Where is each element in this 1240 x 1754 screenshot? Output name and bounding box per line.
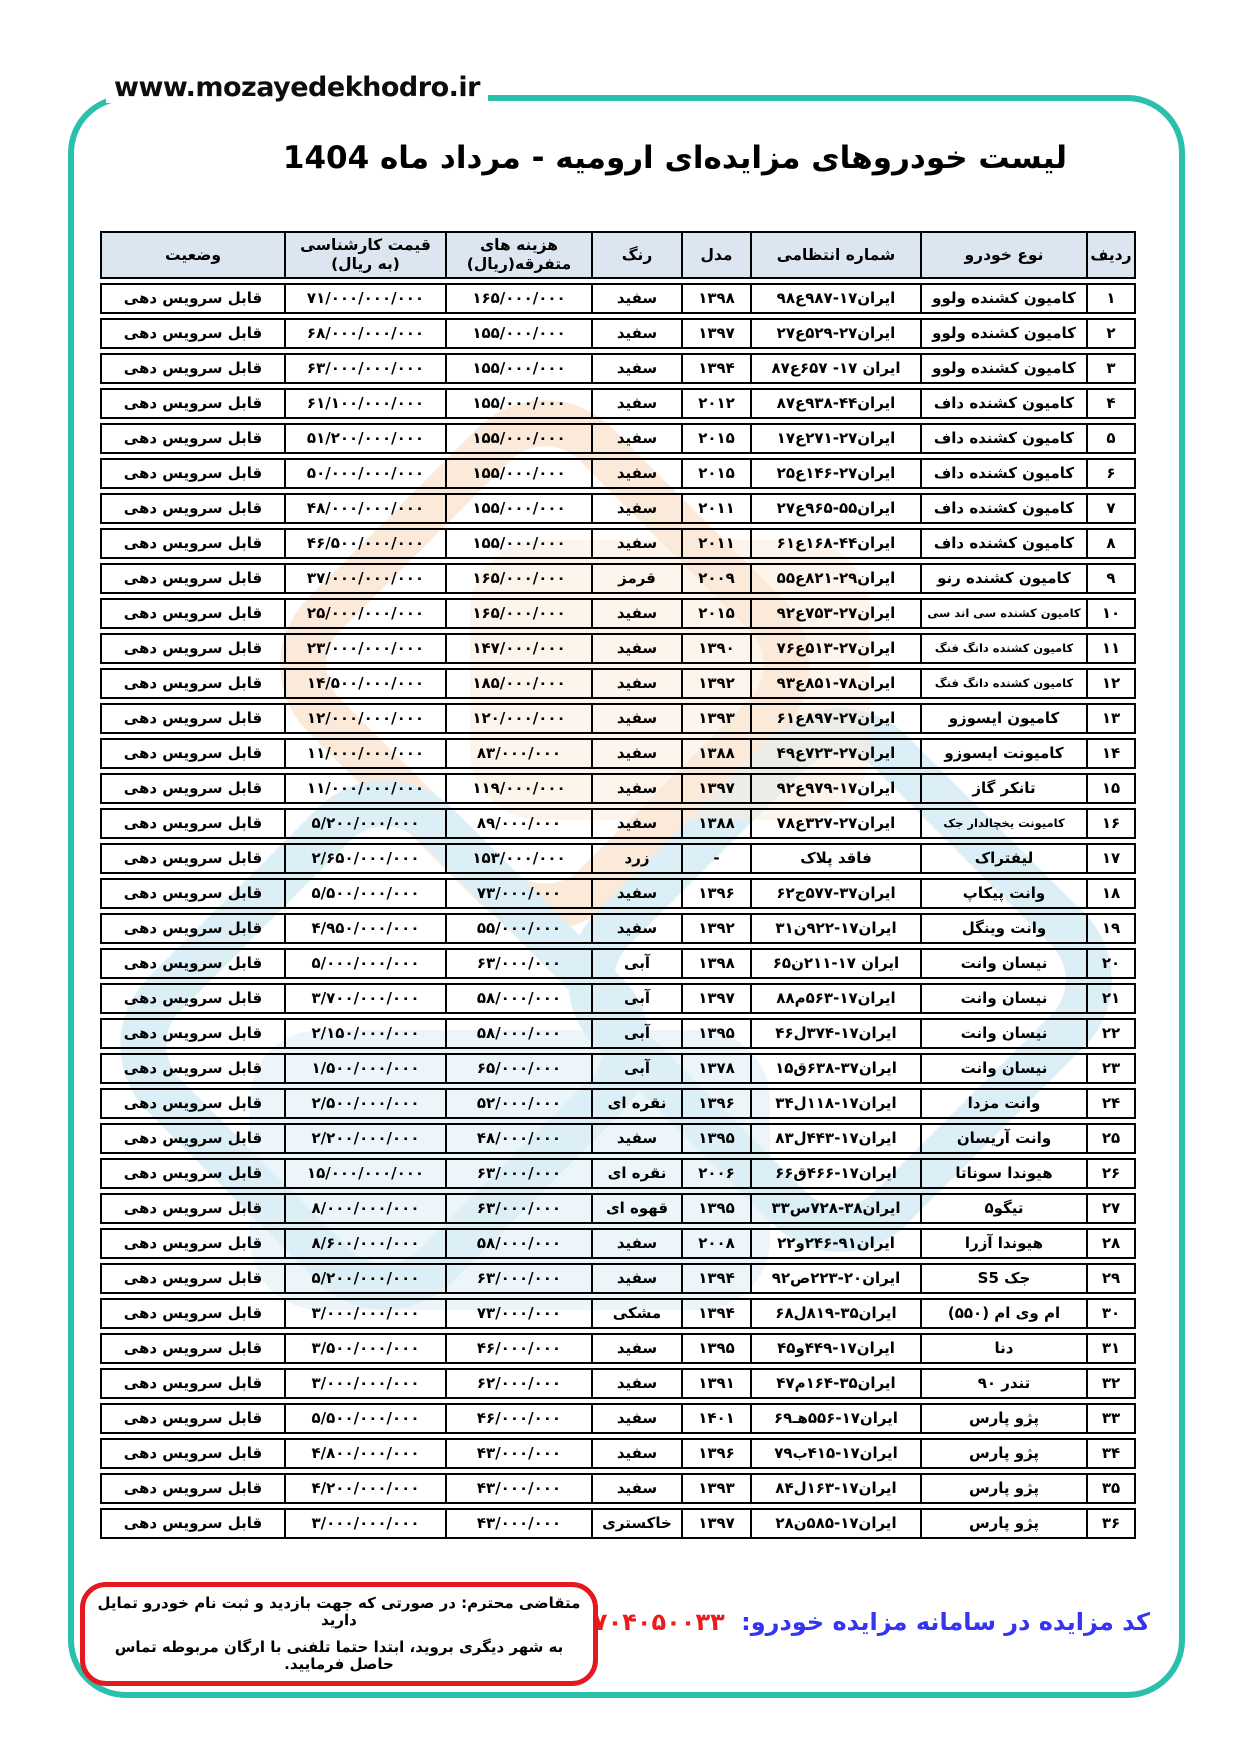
cell-model: ۲۰۱۵ — [681, 598, 750, 629]
cell-color: سفید — [591, 878, 681, 909]
table-row: ۲۴ وانت مزدا ایران۱۷-۱۱۸ل۳۴ ۱۳۹۶ نقره ای… — [100, 1088, 1136, 1119]
cell-model: ۱۳۹۶ — [681, 878, 750, 909]
cell-vehicle-type: ام وی ام (۵۵۰) — [920, 1298, 1086, 1329]
table-row: ۲۵ وانت آریسان ایران۱۷-۴۴۳ل۸۳ ۱۳۹۵ سفید … — [100, 1123, 1136, 1154]
cell-status: قابل سرویس دهی — [100, 878, 284, 909]
header-misc-cost: هزینه های متفرقه(ریال) — [445, 231, 591, 279]
cell-vehicle-type: کامیون کشنده سی اند سی — [920, 598, 1086, 629]
cell-status: قابل سرویس دهی — [100, 458, 284, 489]
cell-price: ۱۱/۰۰۰/۰۰۰/۰۰۰ — [284, 738, 445, 769]
cell-model: ۱۳۹۴ — [681, 353, 750, 384]
cell-plate: ایران۲۹-۸۲۱ع۵۵ — [750, 563, 920, 594]
cell-color: سفید — [591, 283, 681, 314]
cell-row-number: ۱۷ — [1086, 843, 1136, 874]
cell-model: ۱۳۹۵ — [681, 1018, 750, 1049]
cell-row-number: ۴ — [1086, 388, 1136, 419]
cell-vehicle-type: کامیون کشنده ولوو — [920, 318, 1086, 349]
cell-color: آبی — [591, 1053, 681, 1084]
table-row: ۴ کامیون کشنده داف ایران۴۴-۹۳۸ع۸۷ ۲۰۱۲ س… — [100, 388, 1136, 419]
cell-misc-cost: ۶۳/۰۰۰/۰۰۰ — [445, 1158, 591, 1189]
cell-misc-cost: ۱۸۵/۰۰۰/۰۰۰ — [445, 668, 591, 699]
cell-vehicle-type: پژو پارس — [920, 1473, 1086, 1504]
cell-vehicle-type: هیوندا سوناتا — [920, 1158, 1086, 1189]
cell-status: قابل سرویس دهی — [100, 563, 284, 594]
table-row: ۹ کامیون کشنده رنو ایران۲۹-۸۲۱ع۵۵ ۲۰۰۹ ق… — [100, 563, 1136, 594]
cell-row-number: ۱۵ — [1086, 773, 1136, 804]
cell-plate: ایران۱۷-۴۴۹و۴۵ — [750, 1333, 920, 1364]
cell-misc-cost: ۵۸/۰۰۰/۰۰۰ — [445, 983, 591, 1014]
cell-model: ۲۰۱۵ — [681, 423, 750, 454]
cell-model: ۲۰۱۱ — [681, 493, 750, 524]
cell-price: ۲/۱۵۰/۰۰۰/۰۰۰ — [284, 1018, 445, 1049]
cell-plate: ایران۲۷-۷۲۳ع۴۹ — [750, 738, 920, 769]
cell-price: ۶۱/۱۰۰/۰۰۰/۰۰۰ — [284, 388, 445, 419]
cell-row-number: ۱۸ — [1086, 878, 1136, 909]
cell-misc-cost: ۸۳/۰۰۰/۰۰۰ — [445, 738, 591, 769]
cell-row-number: ۲۲ — [1086, 1018, 1136, 1049]
cell-status: قابل سرویس دهی — [100, 703, 284, 734]
cell-plate: ایران۲۷-۱۴۶ع۲۵ — [750, 458, 920, 489]
cell-row-number: ۱۱ — [1086, 633, 1136, 664]
cell-model: ۱۳۹۵ — [681, 1123, 750, 1154]
header-row-number: ردیف — [1086, 231, 1136, 279]
cell-misc-cost: ۱۵۵/۰۰۰/۰۰۰ — [445, 318, 591, 349]
table-row: ۲۳ نیسان وانت ایران۳۷-۶۳۸ق۱۵ ۱۳۷۸ آبی ۶۵… — [100, 1053, 1136, 1084]
cell-model: ۲۰۰۸ — [681, 1228, 750, 1259]
header-plate: شماره انتظامی — [750, 231, 920, 279]
table-row: ۱۳ کامیون ایسوزو ایران۲۷-۸۹۷ع۶۱ ۱۳۹۳ سفی… — [100, 703, 1136, 734]
notice-line2: به شهر دیگری بروید، ابتدا حتما تلفنی با … — [97, 1639, 581, 1674]
cell-color: مشکی — [591, 1298, 681, 1329]
cell-model: ۱۳۹۳ — [681, 703, 750, 734]
cell-vehicle-type: نیسان وانت — [920, 1053, 1086, 1084]
cell-color: زرد — [591, 843, 681, 874]
header-row: ردیف نوع خودرو شماره انتظامی مدل رنگ هزی… — [100, 231, 1136, 279]
cell-color: سفید — [591, 738, 681, 769]
cell-row-number: ۲۸ — [1086, 1228, 1136, 1259]
cell-price: ۳/۰۰۰/۰۰۰/۰۰۰ — [284, 1298, 445, 1329]
cell-status: قابل سرویس دهی — [100, 948, 284, 979]
cell-row-number: ۲۰ — [1086, 948, 1136, 979]
cell-color: سفید — [591, 423, 681, 454]
cell-vehicle-type: کامیونت ایسوزو — [920, 738, 1086, 769]
cell-price: ۵۰/۰۰۰/۰۰۰/۰۰۰ — [284, 458, 445, 489]
cell-price: ۵۱/۲۰۰/۰۰۰/۰۰۰ — [284, 423, 445, 454]
table-row: ۲۹ جک S5 ایران۲۰-۲۲۳ص۹۲ ۱۳۹۴ سفید ۶۳/۰۰۰… — [100, 1263, 1136, 1294]
cell-vehicle-type: نیسان وانت — [920, 948, 1086, 979]
cell-status: قابل سرویس دهی — [100, 528, 284, 559]
cell-plate: ایران ۱۷- ۶۵۷ع۸۷ — [750, 353, 920, 384]
cell-misc-cost: ۱۵۵/۰۰۰/۰۰۰ — [445, 528, 591, 559]
cell-status: قابل سرویس دهی — [100, 1298, 284, 1329]
cell-price: ۱۲/۰۰۰/۰۰۰/۰۰۰ — [284, 703, 445, 734]
cell-vehicle-type: وانت پیکاپ — [920, 878, 1086, 909]
cell-status: قابل سرویس دهی — [100, 843, 284, 874]
table-row: ۳۱ دنا ایران۱۷-۴۴۹و۴۵ ۱۳۹۵ سفید ۴۶/۰۰۰/۰… — [100, 1333, 1136, 1364]
cell-plate: ایران۲۷-۲۷۱ع۱۷ — [750, 423, 920, 454]
cell-vehicle-type: تانکر گاز — [920, 773, 1086, 804]
table-row: ۳ کامیون کشنده ولوو ایران ۱۷- ۶۵۷ع۸۷ ۱۳۹… — [100, 353, 1136, 384]
table-row: ۳۵ پژو پارس ایران۱۷-۱۶۳ل۸۴ ۱۳۹۳ سفید ۴۳/… — [100, 1473, 1136, 1504]
cell-vehicle-type: لیفتراک — [920, 843, 1086, 874]
auction-list-page: www.mozayedekhodro.ir لیست خودروهای مزای… — [0, 0, 1240, 1754]
cell-status: قابل سرویس دهی — [100, 1403, 284, 1434]
cell-plate: ایران۱۷-۱۶۳ل۸۴ — [750, 1473, 920, 1504]
table-row: ۱۸ وانت پیکاپ ایران۳۷-۵۷۷ج۶۲ ۱۳۹۶ سفید ۷… — [100, 878, 1136, 909]
cell-misc-cost: ۵۸/۰۰۰/۰۰۰ — [445, 1018, 591, 1049]
cell-model: ۱۳۹۶ — [681, 1088, 750, 1119]
auction-code-line: کد مزایده در سامانه مزایده خودرو: ۱۷۰۴۰۵… — [578, 1608, 1150, 1636]
table-row: ۶ کامیون کشنده داف ایران۲۷-۱۴۶ع۲۵ ۲۰۱۵ س… — [100, 458, 1136, 489]
header-price-line2: (به ریال) — [288, 255, 443, 274]
cell-color: سفید — [591, 808, 681, 839]
cell-price: ۱۵/۰۰۰/۰۰۰/۰۰۰ — [284, 1158, 445, 1189]
table-row: ۱ کامیون کشنده ولوو ایران۱۷-۹۸۷ع۹۸ ۱۳۹۸ … — [100, 283, 1136, 314]
cell-color: سفید — [591, 773, 681, 804]
table-row: ۱۴ کامیونت ایسوزو ایران۲۷-۷۲۳ع۴۹ ۱۳۸۸ سف… — [100, 738, 1136, 769]
cell-plate: ایران۳۸-۷۲۸س۳۳ — [750, 1193, 920, 1224]
cell-misc-cost: ۱۵۵/۰۰۰/۰۰۰ — [445, 388, 591, 419]
cell-status: قابل سرویس دهی — [100, 738, 284, 769]
cell-vehicle-type: پژو پارس — [920, 1403, 1086, 1434]
cell-vehicle-type: پژو پارس — [920, 1438, 1086, 1469]
cell-status: قابل سرویس دهی — [100, 808, 284, 839]
cell-plate: ایران۱۷-۹۲۲ن۳۱ — [750, 913, 920, 944]
table-row: ۲۱ نیسان وانت ایران۱۷-۵۶۳م۸۸ ۱۳۹۷ آبی ۵۸… — [100, 983, 1136, 1014]
cell-row-number: ۲۱ — [1086, 983, 1136, 1014]
cell-vehicle-type: وانت وینگل — [920, 913, 1086, 944]
cell-plate: ایران ۱۷-۲۱۱ن۶۵ — [750, 948, 920, 979]
cell-misc-cost: ۴۶/۰۰۰/۰۰۰ — [445, 1403, 591, 1434]
cell-status: قابل سرویس دهی — [100, 773, 284, 804]
table-row: ۲۸ هیوندا آزرا ایران۹۱-۲۴۶و۲۲ ۲۰۰۸ سفید … — [100, 1228, 1136, 1259]
cell-color: قرمز — [591, 563, 681, 594]
cell-color: آبی — [591, 1018, 681, 1049]
cell-plate: فاقد پلاک — [750, 843, 920, 874]
cell-model: ۲۰۰۹ — [681, 563, 750, 594]
cell-status: قابل سرویس دهی — [100, 983, 284, 1014]
cell-misc-cost: ۱۱۹/۰۰۰/۰۰۰ — [445, 773, 591, 804]
cell-price: ۲۳/۰۰۰/۰۰۰/۰۰۰ — [284, 633, 445, 664]
cell-plate: ایران۲۰-۲۲۳ص۹۲ — [750, 1263, 920, 1294]
cell-model: ۱۳۹۴ — [681, 1298, 750, 1329]
cell-status: قابل سرویس دهی — [100, 283, 284, 314]
cell-vehicle-type: کامیون ایسوزو — [920, 703, 1086, 734]
cell-vehicle-type: هیوندا آزرا — [920, 1228, 1086, 1259]
cell-color: خاکستری — [591, 1508, 681, 1539]
table-row: ۲ کامیون کشنده ولوو ایران۲۷-۵۲۹ع۲۷ ۱۳۹۷ … — [100, 318, 1136, 349]
cell-plate: ایران۷۸-۸۵۱ع۹۳ — [750, 668, 920, 699]
vehicle-table: ردیف نوع خودرو شماره انتظامی مدل رنگ هزی… — [100, 227, 1136, 1543]
header-model: مدل — [681, 231, 750, 279]
cell-color: سفید — [591, 598, 681, 629]
cell-vehicle-type: کامیون کشنده ولوو — [920, 283, 1086, 314]
table-row: ۲۲ نیسان وانت ایران۱۷-۳۷۴ل۴۶ ۱۳۹۵ آبی ۵۸… — [100, 1018, 1136, 1049]
cell-vehicle-type: کامیون کشنده داف — [920, 493, 1086, 524]
cell-status: قابل سرویس دهی — [100, 1228, 284, 1259]
cell-color: سفید — [591, 388, 681, 419]
cell-misc-cost: ۱۲۰/۰۰۰/۰۰۰ — [445, 703, 591, 734]
cell-misc-cost: ۶۳/۰۰۰/۰۰۰ — [445, 1193, 591, 1224]
cell-misc-cost: ۵۲/۰۰۰/۰۰۰ — [445, 1088, 591, 1119]
cell-row-number: ۱۹ — [1086, 913, 1136, 944]
cell-color: سفید — [591, 1368, 681, 1399]
cell-price: ۶۳/۰۰۰/۰۰۰/۰۰۰ — [284, 353, 445, 384]
cell-model: ۱۳۹۳ — [681, 1473, 750, 1504]
cell-color: آبی — [591, 948, 681, 979]
cell-model: ۲۰۱۲ — [681, 388, 750, 419]
cell-status: قابل سرویس دهی — [100, 353, 284, 384]
table-row: ۳۶ پژو پارس ایران۱۷-۵۸۵ن۲۸ ۱۳۹۷ خاکستری … — [100, 1508, 1136, 1539]
cell-color: سفید — [591, 1228, 681, 1259]
cell-status: قابل سرویس دهی — [100, 668, 284, 699]
cell-misc-cost: ۴۳/۰۰۰/۰۰۰ — [445, 1473, 591, 1504]
table-row: ۲۷ تیگو۵ ایران۳۸-۷۲۸س۳۳ ۱۳۹۵ قهوه ای ۶۳/… — [100, 1193, 1136, 1224]
cell-plate: ایران۱۷-۱۱۸ل۳۴ — [750, 1088, 920, 1119]
cell-misc-cost: ۱۵۵/۰۰۰/۰۰۰ — [445, 493, 591, 524]
cell-model: ۱۳۹۷ — [681, 983, 750, 1014]
cell-row-number: ۳۵ — [1086, 1473, 1136, 1504]
cell-vehicle-type: کامیون کشنده دانگ فنگ — [920, 633, 1086, 664]
cell-model: ۱۳۹۸ — [681, 948, 750, 979]
cell-model: ۱۳۹۰ — [681, 633, 750, 664]
cell-misc-cost: ۴۸/۰۰۰/۰۰۰ — [445, 1123, 591, 1154]
cell-row-number: ۲۳ — [1086, 1053, 1136, 1084]
cell-row-number: ۳۴ — [1086, 1438, 1136, 1469]
table-row: ۱۰ کامیون کشنده سی اند سی ایران۲۷-۷۵۳ع۹۲… — [100, 598, 1136, 629]
cell-color: سفید — [591, 458, 681, 489]
cell-plate: ایران۱۷-۵۸۵ن۲۸ — [750, 1508, 920, 1539]
cell-plate: ایران۱۷-۹۷۹ع۹۲ — [750, 773, 920, 804]
cell-plate: ایران۳۷-۶۳۸ق۱۵ — [750, 1053, 920, 1084]
cell-plate: ایران۲۷-۵۱۳ع۷۶ — [750, 633, 920, 664]
cell-status: قابل سرویس دهی — [100, 1053, 284, 1084]
cell-price: ۳/۰۰۰/۰۰۰/۰۰۰ — [284, 1508, 445, 1539]
cell-color: سفید — [591, 353, 681, 384]
cell-model: ۱۳۹۶ — [681, 1438, 750, 1469]
cell-price: ۳/۰۰۰/۰۰۰/۰۰۰ — [284, 1368, 445, 1399]
cell-model: ۱۳۹۲ — [681, 668, 750, 699]
cell-model: ۱۳۸۸ — [681, 738, 750, 769]
cell-model: ۲۰۱۵ — [681, 458, 750, 489]
table-row: ۱۹ وانت وینگل ایران۱۷-۹۲۲ن۳۱ ۱۳۹۲ سفید ۵… — [100, 913, 1136, 944]
cell-vehicle-type: وانت آریسان — [920, 1123, 1086, 1154]
cell-plate: ایران۱۷-۴۴۳ل۸۳ — [750, 1123, 920, 1154]
cell-price: ۴۶/۵۰۰/۰۰۰/۰۰۰ — [284, 528, 445, 559]
cell-price: ۱/۵۰۰/۰۰۰/۰۰۰ — [284, 1053, 445, 1084]
cell-price: ۱۱/۰۰۰/۰۰۰/۰۰۰ — [284, 773, 445, 804]
cell-color: سفید — [591, 703, 681, 734]
cell-row-number: ۱۴ — [1086, 738, 1136, 769]
cell-plate: ایران۱۷-۵۵۶هـ۶۹ — [750, 1403, 920, 1434]
cell-row-number: ۳۲ — [1086, 1368, 1136, 1399]
cell-vehicle-type: کامیون کشنده داف — [920, 388, 1086, 419]
table-row: ۲۶ هیوندا سوناتا ایران۱۷-۴۶۶ق۶۶ ۲۰۰۶ نقر… — [100, 1158, 1136, 1189]
header-misc-line1: هزینه های — [449, 236, 589, 255]
cell-vehicle-type: نیسان وانت — [920, 1018, 1086, 1049]
cell-color: قهوه ای — [591, 1193, 681, 1224]
cell-row-number: ۳ — [1086, 353, 1136, 384]
table-row: ۳۴ پژو پارس ایران۱۷-۴۱۵ب۷۹ ۱۳۹۶ سفید ۴۳/… — [100, 1438, 1136, 1469]
auction-code-value: ۱۷۰۴۰۵۰۰۳۳ — [578, 1608, 724, 1636]
cell-price: ۴/۹۵۰/۰۰۰/۰۰۰ — [284, 913, 445, 944]
cell-price: ۸/۰۰۰/۰۰۰/۰۰۰ — [284, 1193, 445, 1224]
cell-row-number: ۲۷ — [1086, 1193, 1136, 1224]
cell-misc-cost: ۸۹/۰۰۰/۰۰۰ — [445, 808, 591, 839]
cell-color: سفید — [591, 1333, 681, 1364]
header-price-line1: قیمت کارشناسی — [288, 236, 443, 255]
cell-color: سفید — [591, 1403, 681, 1434]
cell-misc-cost: ۶۳/۰۰۰/۰۰۰ — [445, 1263, 591, 1294]
cell-price: ۴/۲۰۰/۰۰۰/۰۰۰ — [284, 1473, 445, 1504]
cell-misc-cost: ۱۵۵/۰۰۰/۰۰۰ — [445, 458, 591, 489]
table-row: ۱۱ کامیون کشنده دانگ فنگ ایران۲۷-۵۱۳ع۷۶ … — [100, 633, 1136, 664]
cell-misc-cost: ۵۸/۰۰۰/۰۰۰ — [445, 1228, 591, 1259]
cell-row-number: ۱۳ — [1086, 703, 1136, 734]
cell-price: ۳۷/۰۰۰/۰۰۰/۰۰۰ — [284, 563, 445, 594]
cell-vehicle-type: وانت مزدا — [920, 1088, 1086, 1119]
table-row: ۷ کامیون کشنده داف ایران۵۵-۹۶۵ع۲۷ ۲۰۱۱ س… — [100, 493, 1136, 524]
cell-misc-cost: ۱۶۵/۰۰۰/۰۰۰ — [445, 283, 591, 314]
cell-vehicle-type: کامیون کشنده داف — [920, 458, 1086, 489]
cell-plate: ایران۲۷-۳۲۷ع۷۸ — [750, 808, 920, 839]
cell-price: ۴/۸۰۰/۰۰۰/۰۰۰ — [284, 1438, 445, 1469]
cell-price: ۲/۶۵۰/۰۰۰/۰۰۰ — [284, 843, 445, 874]
table-row: ۱۷ لیفتراک فاقد پلاک - زرد ۱۵۳/۰۰۰/۰۰۰ ۲… — [100, 843, 1136, 874]
cell-price: ۷۱/۰۰۰/۰۰۰/۰۰۰ — [284, 283, 445, 314]
cell-status: قابل سرویس دهی — [100, 913, 284, 944]
cell-row-number: ۳۶ — [1086, 1508, 1136, 1539]
cell-misc-cost: ۵۵/۰۰۰/۰۰۰ — [445, 913, 591, 944]
table-row: ۳۲ تندر ۹۰ ایران۳۵-۱۶۴م۴۷ ۱۳۹۱ سفید ۶۲/۰… — [100, 1368, 1136, 1399]
cell-row-number: ۲۵ — [1086, 1123, 1136, 1154]
cell-model: ۲۰۰۶ — [681, 1158, 750, 1189]
cell-status: قابل سرویس دهی — [100, 1193, 284, 1224]
cell-color: سفید — [591, 1263, 681, 1294]
cell-plate: ایران۱۷-۴۶۶ق۶۶ — [750, 1158, 920, 1189]
cell-model: ۱۳۹۱ — [681, 1368, 750, 1399]
cell-plate: ایران۳۵-۱۶۴م۴۷ — [750, 1368, 920, 1399]
cell-plate: ایران۹۱-۲۴۶و۲۲ — [750, 1228, 920, 1259]
cell-vehicle-type: نیسان وانت — [920, 983, 1086, 1014]
cell-row-number: ۲ — [1086, 318, 1136, 349]
cell-price: ۵/۲۰۰/۰۰۰/۰۰۰ — [284, 1263, 445, 1294]
cell-status: قابل سرویس دهی — [100, 1018, 284, 1049]
cell-plate: ایران۲۷-۵۲۹ع۲۷ — [750, 318, 920, 349]
cell-vehicle-type: کامیون کشنده ولوو — [920, 353, 1086, 384]
cell-status: قابل سرویس دهی — [100, 633, 284, 664]
cell-misc-cost: ۱۵۵/۰۰۰/۰۰۰ — [445, 353, 591, 384]
cell-misc-cost: ۷۳/۰۰۰/۰۰۰ — [445, 1298, 591, 1329]
page-title: لیست خودروهای مزایده‌ای ارومیه - مرداد م… — [55, 140, 1240, 176]
cell-model: ۱۳۹۵ — [681, 1193, 750, 1224]
cell-color: سفید — [591, 1123, 681, 1154]
cell-vehicle-type: تیگو۵ — [920, 1193, 1086, 1224]
cell-status: قابل سرویس دهی — [100, 1438, 284, 1469]
cell-model: ۱۴۰۱ — [681, 1403, 750, 1434]
table-row: ۸ کامیون کشنده داف ایران۴۴-۱۶۸ع۶۱ ۲۰۱۱ س… — [100, 528, 1136, 559]
cell-plate: ایران۲۷-۸۹۷ع۶۱ — [750, 703, 920, 734]
cell-model: ۱۳۹۴ — [681, 1263, 750, 1294]
cell-row-number: ۳۰ — [1086, 1298, 1136, 1329]
cell-misc-cost: ۴۳/۰۰۰/۰۰۰ — [445, 1438, 591, 1469]
cell-row-number: ۹ — [1086, 563, 1136, 594]
table-row: ۱۵ تانکر گاز ایران۱۷-۹۷۹ع۹۲ ۱۳۹۷ سفید ۱۱… — [100, 773, 1136, 804]
cell-price: ۲/۲۰۰/۰۰۰/۰۰۰ — [284, 1123, 445, 1154]
cell-model: ۲۰۱۱ — [681, 528, 750, 559]
cell-misc-cost: ۶۳/۰۰۰/۰۰۰ — [445, 948, 591, 979]
cell-vehicle-type: تندر ۹۰ — [920, 1368, 1086, 1399]
cell-price: ۱۴/۵۰۰/۰۰۰/۰۰۰ — [284, 668, 445, 699]
cell-model: ۱۳۹۸ — [681, 283, 750, 314]
cell-row-number: ۲۹ — [1086, 1263, 1136, 1294]
cell-vehicle-type: پژو پارس — [920, 1508, 1086, 1539]
cell-status: قابل سرویس دهی — [100, 318, 284, 349]
cell-status: قابل سرویس دهی — [100, 423, 284, 454]
cell-color: سفید — [591, 528, 681, 559]
cell-misc-cost: ۱۵۳/۰۰۰/۰۰۰ — [445, 843, 591, 874]
cell-color: نقره ای — [591, 1158, 681, 1189]
table-row: ۵ کامیون کشنده داف ایران۲۷-۲۷۱ع۱۷ ۲۰۱۵ س… — [100, 423, 1136, 454]
cell-status: قابل سرویس دهی — [100, 1088, 284, 1119]
cell-row-number: ۲۶ — [1086, 1158, 1136, 1189]
table-row: ۱۲ کامیون کشنده دانگ فنگ ایران۷۸-۸۵۱ع۹۳ … — [100, 668, 1136, 699]
cell-row-number: ۳۱ — [1086, 1333, 1136, 1364]
cell-row-number: ۷ — [1086, 493, 1136, 524]
vehicle-table-wrap: ردیف نوع خودرو شماره انتظامی مدل رنگ هزی… — [100, 227, 1136, 1543]
cell-model: - — [681, 843, 750, 874]
cell-misc-cost: ۱۵۵/۰۰۰/۰۰۰ — [445, 423, 591, 454]
cell-model: ۱۳۹۵ — [681, 1333, 750, 1364]
cell-row-number: ۱۶ — [1086, 808, 1136, 839]
cell-price: ۳/۵۰۰/۰۰۰/۰۰۰ — [284, 1333, 445, 1364]
cell-price: ۸/۶۰۰/۰۰۰/۰۰۰ — [284, 1228, 445, 1259]
cell-misc-cost: ۴۶/۰۰۰/۰۰۰ — [445, 1333, 591, 1364]
header-vehicle-type: نوع خودرو — [920, 231, 1086, 279]
cell-model: ۱۳۸۸ — [681, 808, 750, 839]
cell-vehicle-type: کامیون کشنده دانگ فنگ — [920, 668, 1086, 699]
cell-row-number: ۸ — [1086, 528, 1136, 559]
cell-row-number: ۱ — [1086, 283, 1136, 314]
cell-vehicle-type: کامیون کشنده داف — [920, 423, 1086, 454]
cell-row-number: ۵ — [1086, 423, 1136, 454]
cell-price: ۶۸/۰۰۰/۰۰۰/۰۰۰ — [284, 318, 445, 349]
cell-plate: ایران۱۷-۵۶۳م۸۸ — [750, 983, 920, 1014]
cell-status: قابل سرویس دهی — [100, 1368, 284, 1399]
table-row: ۱۶ کامیونت یخچالدار جک ایران۲۷-۳۲۷ع۷۸ ۱۳… — [100, 808, 1136, 839]
cell-status: قابل سرویس دهی — [100, 1123, 284, 1154]
cell-plate: ایران۳۷-۵۷۷ج۶۲ — [750, 878, 920, 909]
cell-price: ۳/۷۰۰/۰۰۰/۰۰۰ — [284, 983, 445, 1014]
notice-box: متقاضی محترم: در صورتی که جهت بازدید و ث… — [80, 1582, 598, 1686]
table-row: ۲۰ نیسان وانت ایران ۱۷-۲۱۱ن۶۵ ۱۳۹۸ آبی ۶… — [100, 948, 1136, 979]
cell-vehicle-type: کامیون کشنده داف — [920, 528, 1086, 559]
cell-plate: ایران۱۷-۹۸۷ع۹۸ — [750, 283, 920, 314]
cell-misc-cost: ۶۲/۰۰۰/۰۰۰ — [445, 1368, 591, 1399]
cell-misc-cost: ۷۳/۰۰۰/۰۰۰ — [445, 878, 591, 909]
cell-color: سفید — [591, 913, 681, 944]
cell-status: قابل سرویس دهی — [100, 1473, 284, 1504]
cell-price: ۵/۲۰۰/۰۰۰/۰۰۰ — [284, 808, 445, 839]
cell-misc-cost: ۱۴۷/۰۰۰/۰۰۰ — [445, 633, 591, 664]
cell-plate: ایران۵۵-۹۶۵ع۲۷ — [750, 493, 920, 524]
cell-color: سفید — [591, 1473, 681, 1504]
cell-misc-cost: ۴۳/۰۰۰/۰۰۰ — [445, 1508, 591, 1539]
cell-row-number: ۱۲ — [1086, 668, 1136, 699]
cell-vehicle-type: کامیون کشنده رنو — [920, 563, 1086, 594]
cell-color: آبی — [591, 983, 681, 1014]
cell-status: قابل سرویس دهی — [100, 1263, 284, 1294]
